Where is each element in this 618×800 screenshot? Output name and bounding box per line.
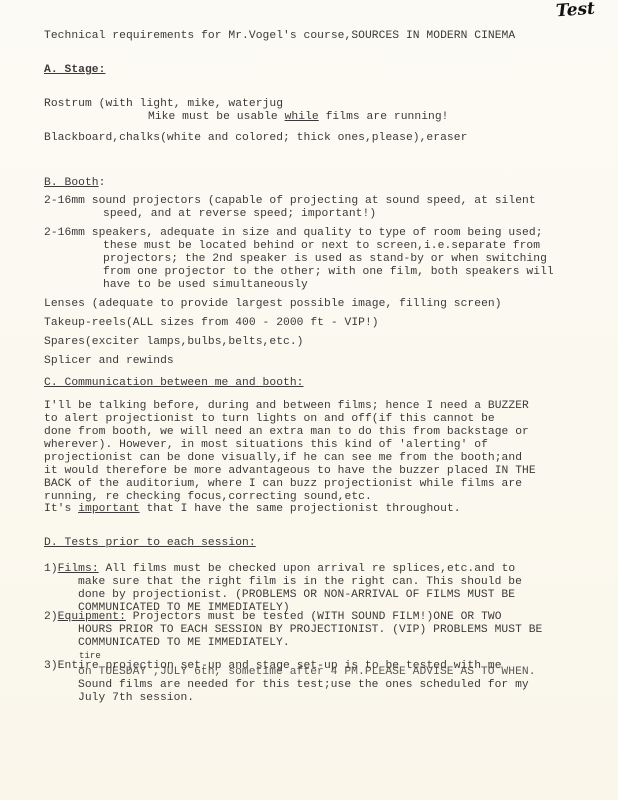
section-b-line: 2-16mm sound projectors (capable of proj… bbox=[44, 195, 536, 208]
item-number: 1) bbox=[44, 563, 58, 575]
section-c-line: I'll be talking before, during and betwe… bbox=[44, 400, 529, 413]
section-d-line: July 7th session. bbox=[78, 692, 194, 705]
section-d-item-equipment: 2)Equipment: Projectors must be tested (… bbox=[44, 611, 502, 624]
section-d-heading: D. Tests prior to each session: bbox=[44, 537, 256, 550]
section-b-heading-text: B. Booth bbox=[44, 177, 99, 189]
section-b-splicer: Splicer and rewinds bbox=[44, 355, 174, 368]
section-c-line: it would therefore be more advantageous … bbox=[44, 465, 536, 478]
section-d-line: HOURS PRIOR TO EACH SESSION BY PROJECTIO… bbox=[78, 624, 542, 637]
section-d-line: Sound films are needed for this test;use… bbox=[78, 679, 529, 692]
document-title: Technical requirements for Mr.Vogel's co… bbox=[44, 30, 515, 43]
section-d-line: done by projectionist. (PROBLEMS OR NON-… bbox=[78, 589, 515, 602]
mike-note-text: Mike must be usable bbox=[148, 111, 285, 123]
item-number: 3) bbox=[44, 660, 58, 672]
section-b-heading: B. Booth: bbox=[44, 177, 105, 190]
mike-note-text-end: films are running! bbox=[319, 111, 449, 123]
section-a-item-rostrum: Rostrum (with light, mike, waterjug bbox=[44, 98, 283, 111]
section-d-line: COMMUNICATED TO ME IMMEDIATELY. bbox=[78, 637, 290, 650]
item-text: Projectors must be tested (WITH SOUND FI… bbox=[126, 611, 502, 623]
section-b-line: speed, and at reverse speed; important!) bbox=[103, 208, 376, 221]
section-b-takeup-reels: Takeup-reels(ALL sizes from 400 - 2000 f… bbox=[44, 317, 379, 330]
section-b-spares: Spares(exciter lamps,bulbs,belts,etc.) bbox=[44, 336, 304, 349]
section-c-line: BACK of the auditorium, where I can buzz… bbox=[44, 478, 522, 491]
section-a-heading: A. Stage: bbox=[44, 64, 105, 77]
section-b-heading-colon: : bbox=[99, 177, 106, 189]
handwritten-note: Test bbox=[555, 0, 595, 21]
section-c-line: wherever). However, in most situations t… bbox=[44, 439, 488, 452]
section-c-line: to alert projectionist to turn lights on… bbox=[44, 413, 495, 426]
important-pre: It's bbox=[44, 503, 78, 515]
document-page: Test Technical requirements for Mr.Vogel… bbox=[0, 0, 618, 800]
important-word: important bbox=[78, 503, 139, 515]
mike-note-emphasis: while bbox=[285, 111, 319, 123]
section-c-important-note: It's important that I have the same proj… bbox=[44, 503, 461, 516]
section-d-line: on TUESDAY ,JULY 6th, sometime after 4 P… bbox=[78, 666, 536, 679]
section-b-line: from one projector to the other; with on… bbox=[103, 266, 554, 279]
item-label: Films: bbox=[58, 563, 99, 575]
section-b-line: 2-16mm speakers, adequate in size and qu… bbox=[44, 227, 543, 240]
section-a-item-blackboard: Blackboard,chalks(white and colored; thi… bbox=[44, 132, 467, 145]
item-text: All films must be checked upon arrival r… bbox=[99, 563, 516, 575]
item-number: 2) bbox=[44, 611, 58, 623]
section-c-line: done from booth, we will need an extra m… bbox=[44, 426, 529, 439]
item-label: Equipment: bbox=[58, 611, 126, 623]
section-c-line: projectionist can be done visually,if he… bbox=[44, 452, 522, 465]
section-c-heading: C. Communication between me and booth: bbox=[44, 377, 304, 390]
important-post: that I have the same projectionist throu… bbox=[140, 503, 461, 515]
section-b-line: have to be used simultaneously bbox=[103, 279, 308, 292]
section-d-item-films: 1)Films: All films must be checked upon … bbox=[44, 563, 515, 576]
section-a-item-mike-note: Mike must be usable while films are runn… bbox=[148, 111, 449, 124]
section-b-line: these must be located behind or next to … bbox=[103, 240, 540, 253]
section-b-lenses: Lenses (adequate to provide largest poss… bbox=[44, 298, 502, 311]
section-b-line: projectors; the 2nd speaker is used as s… bbox=[103, 253, 547, 266]
section-d-line: make sure that the right film is in the … bbox=[78, 576, 522, 589]
